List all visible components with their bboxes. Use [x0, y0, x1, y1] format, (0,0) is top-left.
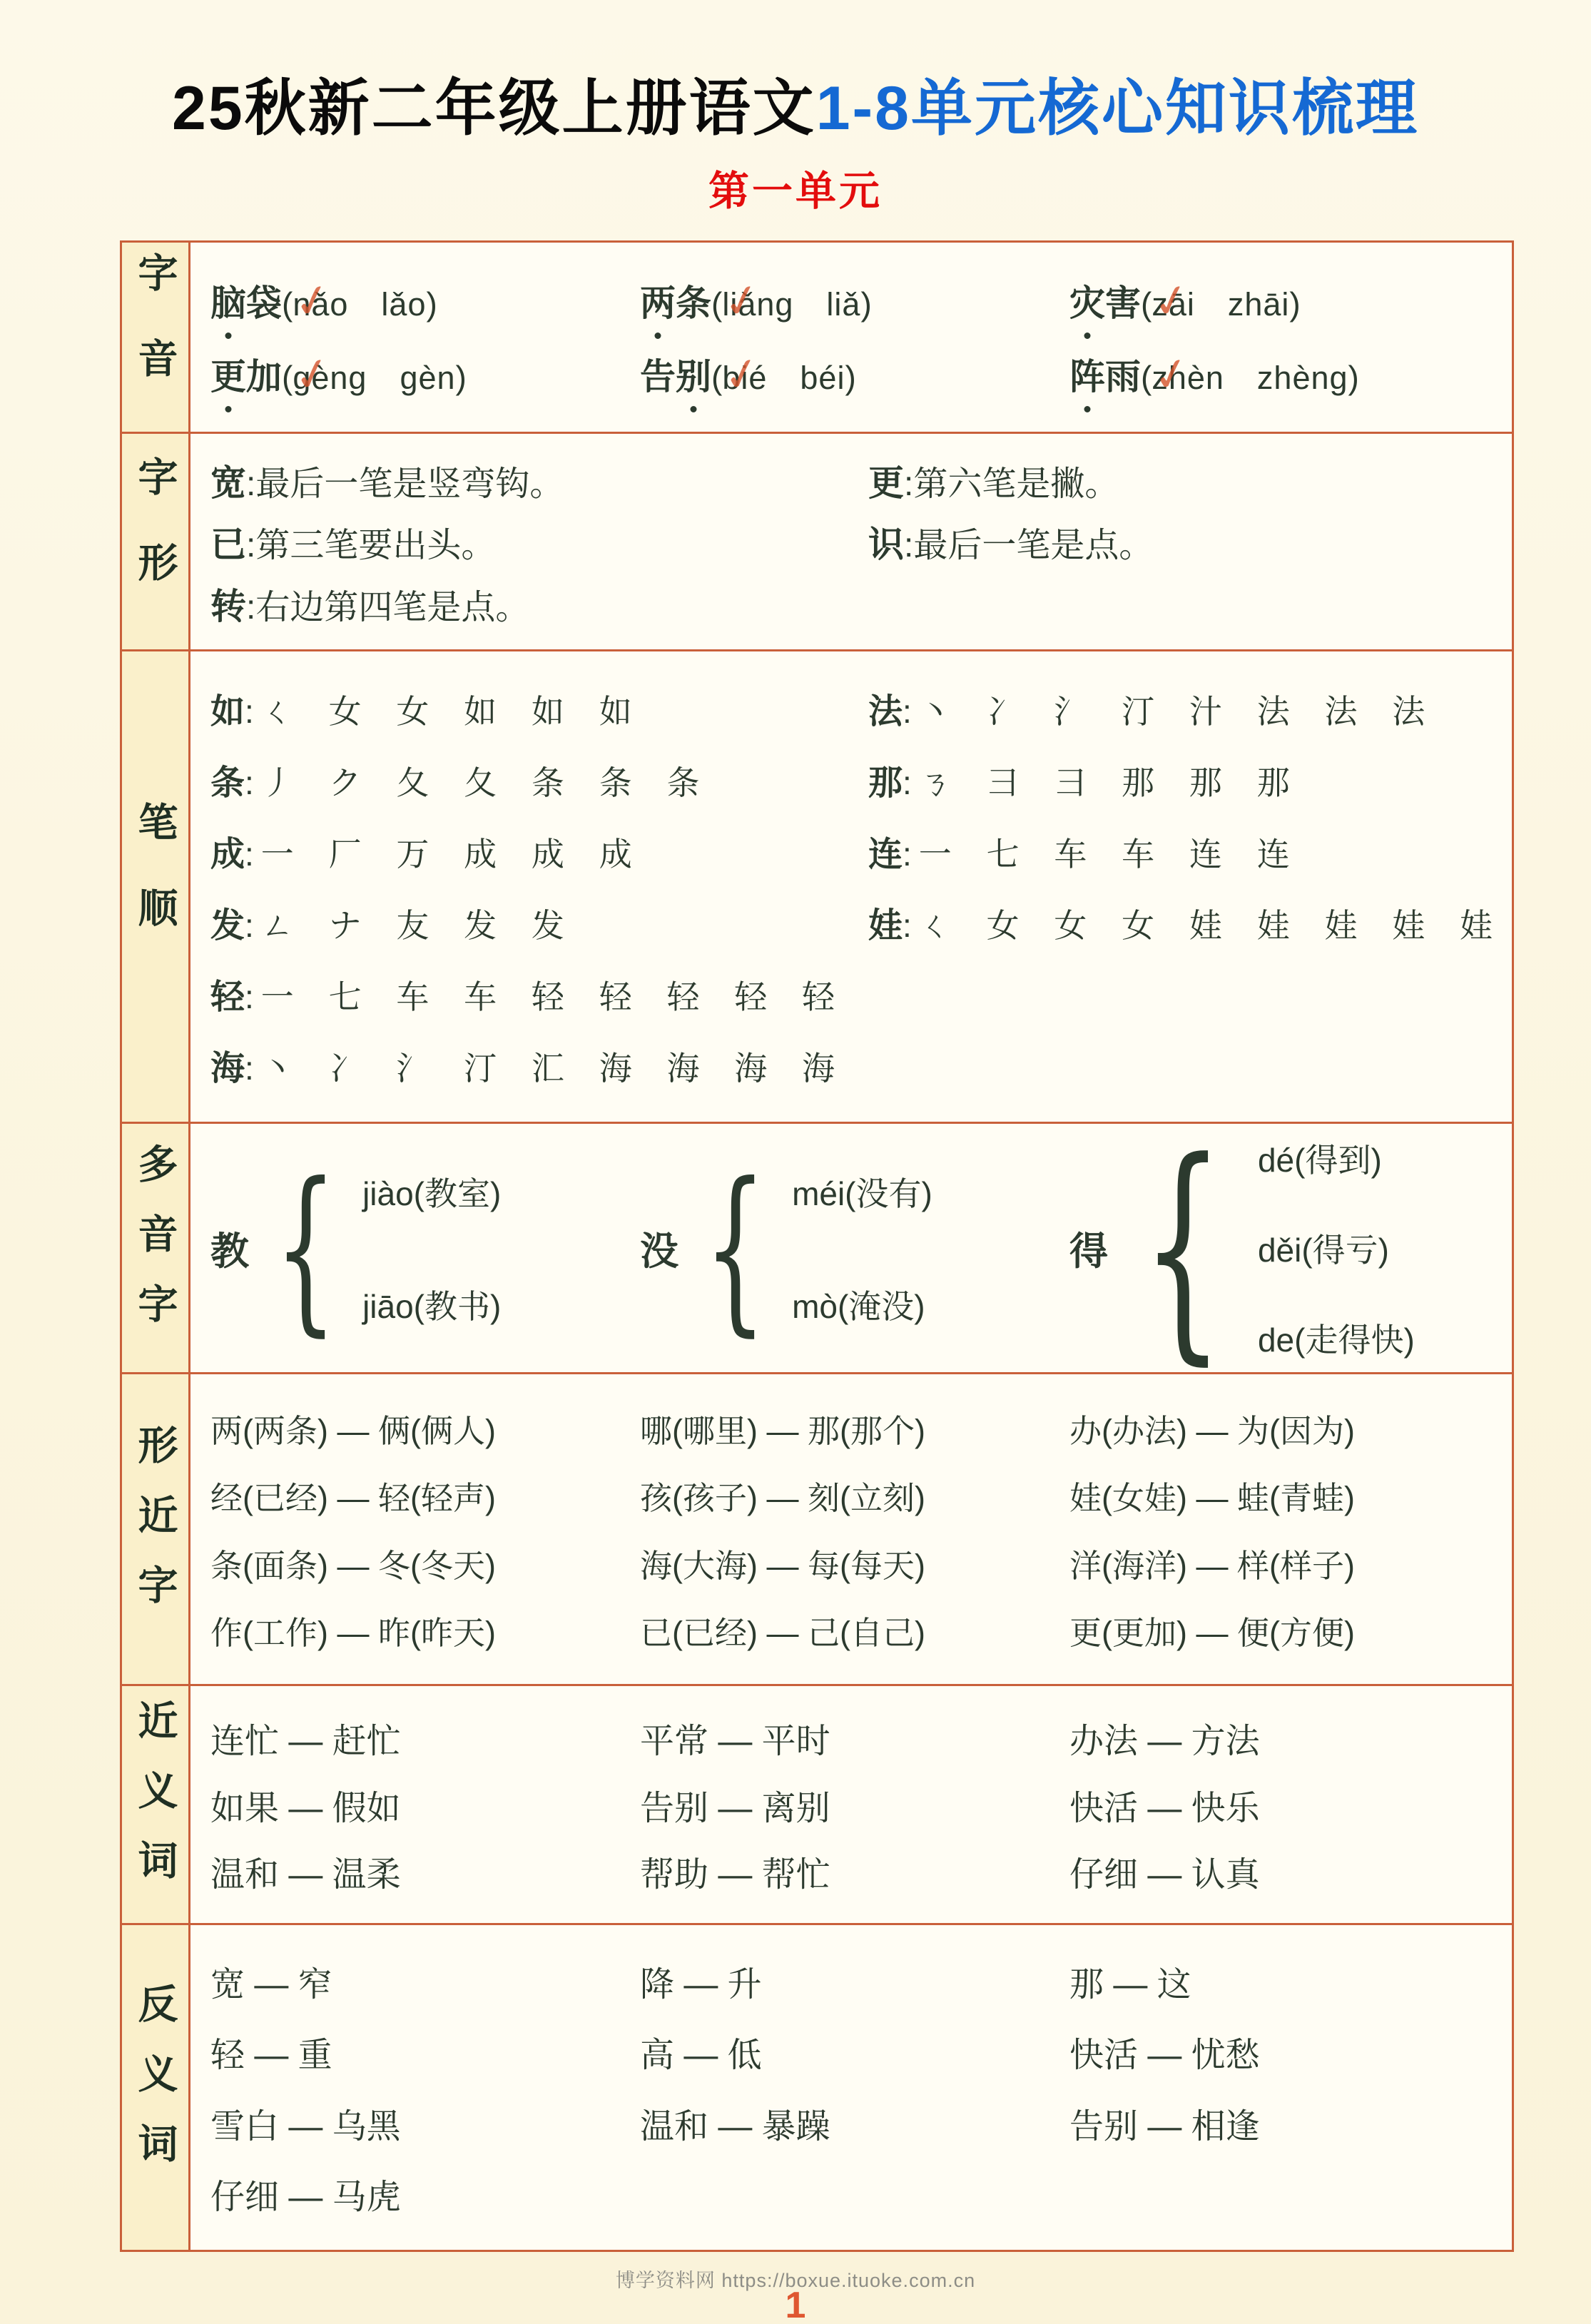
colon: :	[903, 907, 912, 944]
brace-icon: {	[1142, 1142, 1224, 1354]
pinyin-correct: bié	[722, 360, 767, 397]
word-post: 袋	[246, 283, 282, 323]
open-paren: (	[711, 359, 722, 396]
page-number: 1	[0, 2284, 1591, 2324]
character-pair: 已(已经) — 己(自己)	[640, 1607, 1069, 1653]
stroke-sequence: 一 七 车 车 连 连	[919, 836, 1290, 873]
open-paren: (	[1141, 285, 1152, 323]
character-pair: 娃(女娃) — 蛙(青蛙)	[1069, 1472, 1499, 1518]
brace-icon: {	[704, 1168, 766, 1329]
polyphonic-group: 教 { jiào(教室) jiāo(教书)	[210, 1168, 640, 1329]
stroke-order-item: 轻:一 七 车 车 轻 轻 轻 轻 轻	[210, 969, 868, 1018]
pinyin-wrong: zhāi	[1228, 286, 1290, 323]
colon: :	[245, 907, 254, 944]
synonym-pair: 连忙 — 赶忙	[210, 1713, 640, 1762]
reading: děi(得亏)	[1258, 1224, 1415, 1272]
stroke-char: 娃	[868, 907, 903, 945]
open-paren: (	[1141, 359, 1152, 396]
reading: méi(没有)	[792, 1168, 932, 1215]
stroke-order-item: 娃:ㄑ 女 女 女 娃 娃 娃 娃 娃	[868, 898, 1499, 947]
form-char: 宽	[210, 463, 246, 503]
polyphonic-group: 得 { dé(得到) děi(得亏) de(走得快)	[1069, 1135, 1499, 1361]
form-char: 识	[868, 524, 904, 564]
stroke-order-content: 如:ㄑ 女 女 如 如 如 法:丶 冫 氵 汀 汁 法 法 法 条:丿 ク 夂 …	[190, 651, 1512, 1122]
title-blue-segment: 1-8单元核心知识梳理	[816, 74, 1419, 143]
form-text: :最后一笔是点。	[904, 527, 1153, 564]
word-post: 害	[1105, 283, 1141, 323]
unit-subtitle: 第一单元	[0, 158, 1591, 217]
row-label-cell: 字形	[122, 434, 190, 649]
pinyin-correct: liǎng	[722, 286, 793, 323]
reading: jiāo(教书)	[362, 1281, 501, 1328]
synonym-pair: 平常 — 平时	[640, 1713, 1069, 1762]
open-paren: (	[282, 359, 293, 396]
row-synonyms: 近义词 连忙 — 赶忙 平常 — 平时 办法 — 方法 如果 — 假如 告别 —…	[122, 1686, 1512, 1925]
word-dotted-char: 灾	[1069, 275, 1105, 326]
pinyin-wrong: zhèng	[1257, 360, 1348, 396]
row-label-cell: 笔顺	[122, 651, 190, 1122]
antonym-pair: 轻 — 重	[210, 2027, 640, 2076]
stroke-order-item: 法:丶 冫 氵 汀 汁 法 法 法	[868, 684, 1499, 733]
antonym-pair: 仔细 — 马虎	[210, 2169, 640, 2218]
synonym-pair: 仔细 — 认真	[1069, 1847, 1499, 1896]
stroke-order-item: 连:一 七 车 车 连 连	[868, 826, 1499, 876]
word-pre: 告	[640, 357, 676, 397]
colon: :	[245, 836, 254, 873]
pronunciation-entry: 脑袋(nǎolǎo)	[210, 275, 640, 326]
close-paren: )	[845, 359, 855, 396]
row-label-cell: 形近字	[122, 1374, 190, 1684]
row-similar-characters: 形近字 两(两条) — 俩(俩人) 哪(哪里) — 那(那个) 办(办法) — …	[122, 1374, 1512, 1686]
stroke-sequence: 丶 冫 氵 汀 汇 海 海 海 海	[261, 1050, 835, 1087]
stroke-sequence: 一 七 车 车 轻 轻 轻 轻 轻	[261, 978, 835, 1015]
antonym-pair: 宽 — 窄	[210, 1957, 640, 2006]
synonyms-content: 连忙 — 赶忙 平常 — 平时 办法 — 方法 如果 — 假如 告别 — 离别 …	[190, 1686, 1512, 1923]
stroke-sequence: 丿 ク 夂 夂 条 条 条	[261, 764, 700, 801]
row-label: 字音	[127, 252, 184, 423]
form-note: 转:右边第四笔是点。	[210, 578, 868, 629]
page-title: 25秋新二年级上册语文1-8单元核心知识梳理	[0, 0, 1591, 147]
close-paren: )	[860, 285, 871, 323]
stroke-sequence: 一 厂 万 成 成 成	[261, 836, 632, 873]
character-pair: 哪(哪里) — 那(那个)	[640, 1405, 1069, 1451]
stroke-sequence: 丶 冫 氵 汀 汁 法 法 法	[919, 693, 1425, 730]
pinyin-wrong: béi	[800, 360, 845, 396]
form-note: 更:第六笔是撇。	[868, 455, 1499, 506]
colon: :	[245, 978, 254, 1015]
row-label-cell: 近义词	[122, 1686, 190, 1923]
pinyin-correct: gèng	[293, 360, 367, 397]
row-antonyms: 反义词 宽 — 窄 降 — 升 那 — 这 轻 — 重 高 — 低 快活 — 忧…	[122, 1925, 1512, 2250]
form-text: :最后一笔是竖弯钩。	[246, 465, 564, 503]
colon: :	[903, 693, 912, 730]
pinyin-correct: zhèn	[1152, 360, 1224, 397]
stroke-order-item: 条:丿 ク 夂 夂 条 条 条	[210, 755, 868, 804]
reading: mò(淹没)	[792, 1281, 932, 1328]
row-label: 字形	[127, 456, 184, 627]
reading: de(走得快)	[1258, 1314, 1415, 1361]
row-stroke-order: 笔顺 如:ㄑ 女 女 如 如 如 法:丶 冫 氵 汀 汁 法 法 法 条:丿 ク…	[122, 651, 1512, 1124]
pinyin-correct: zāi	[1152, 286, 1195, 323]
close-paren: )	[1348, 359, 1359, 396]
form-text: :第六笔是撇。	[904, 465, 1119, 503]
colon: :	[245, 1050, 254, 1087]
antonym-pair: 快活 — 忧愁	[1069, 2027, 1499, 2076]
form-note: 已:第三笔要出头。	[210, 516, 868, 567]
reading: jiào(教室)	[362, 1168, 501, 1215]
character-pair: 办(办法) — 为(因为)	[1069, 1405, 1499, 1451]
row-label: 形近字	[127, 1424, 184, 1634]
pronunciation-entry: 两条(liǎngliǎ)	[640, 275, 1069, 326]
character-form-content: 宽:最后一笔是竖弯钩。 更:第六笔是撇。 已:第三笔要出头。 识:最后一笔是点。…	[190, 434, 1512, 649]
antonym-pair: 温和 — 暴躁	[640, 2099, 1069, 2148]
antonyms-content: 宽 — 窄 降 — 升 那 — 这 轻 — 重 高 — 低 快活 — 忧愁 雪白…	[190, 1925, 1512, 2250]
row-label: 近义词	[127, 1700, 184, 1909]
stroke-order-item: 发:ㄥ ナ 友 发 发	[210, 898, 868, 947]
synonym-pair: 温和 — 温柔	[210, 1847, 640, 1896]
character-pair: 更(更加) — 便(方便)	[1069, 1607, 1499, 1653]
pinyin-correct: nǎo	[293, 286, 348, 323]
row-label: 笔顺	[127, 801, 184, 973]
word-post: 雨	[1105, 357, 1141, 397]
title-black-segment: 25秋新二年级上册语文	[172, 74, 816, 143]
stroke-char: 如	[210, 693, 245, 731]
close-paren: )	[1289, 285, 1300, 323]
row-character-form: 字形 宽:最后一笔是竖弯钩。 更:第六笔是撇。 已:第三笔要出头。 识:最后一笔…	[122, 434, 1512, 651]
stroke-char: 连	[868, 836, 903, 873]
form-text: :第三笔要出头。	[246, 527, 495, 564]
colon: :	[245, 764, 254, 801]
polyphonic-content: 教 { jiào(教室) jiāo(教书) 没 { méi(没有) mò(淹没)…	[190, 1124, 1512, 1372]
pronunciation-entry: 告别(biébéi)	[640, 348, 1069, 400]
pronunciation-entry: 更加(gènggèn)	[210, 348, 640, 400]
form-note: 识:最后一笔是点。	[868, 516, 1499, 567]
polyphonic-char: 得	[1069, 1221, 1108, 1276]
pinyin-wrong: liǎ	[826, 286, 860, 323]
antonym-pair: 那 — 这	[1069, 1957, 1499, 2006]
word-post: 加	[246, 357, 282, 397]
brace-icon: {	[275, 1168, 337, 1329]
stroke-order-item: 那:ㄋ 彐 彐 那 那 那	[868, 755, 1499, 804]
stroke-sequence: ㄑ 女 女 如 如 如	[261, 693, 632, 730]
stroke-char: 发	[210, 907, 245, 945]
form-char: 转	[210, 587, 246, 626]
character-pair: 条(面条) — 冬(冬天)	[210, 1540, 640, 1586]
stroke-char: 轻	[210, 978, 245, 1016]
stroke-char: 成	[210, 836, 245, 873]
character-pair: 经(已经) — 轻(轻声)	[210, 1472, 640, 1518]
synonym-pair: 办法 — 方法	[1069, 1713, 1499, 1762]
knowledge-table: 字音 脑袋(nǎolǎo) 两条(liǎngliǎ) 灾害(zāizhāi) 更…	[120, 240, 1514, 2252]
pronunciation-entry: 灾害(zāizhāi)	[1069, 275, 1499, 326]
stroke-sequence: ㄑ 女 女 女 娃 娃 娃 娃 娃	[919, 907, 1493, 944]
stroke-sequence: ㄋ 彐 彐 那 那 那	[919, 764, 1290, 801]
colon: :	[903, 764, 912, 801]
similar-characters-content: 两(两条) — 俩(俩人) 哪(哪里) — 那(那个) 办(办法) — 为(因为…	[190, 1374, 1512, 1684]
row-label: 反义词	[127, 1983, 184, 2193]
stroke-char: 法	[868, 693, 903, 731]
word-dotted-char: 阵	[1069, 348, 1105, 400]
row-polyphonic: 多音字 教 { jiào(教室) jiāo(教书) 没 { méi(没有) mò…	[122, 1124, 1512, 1374]
form-note: 宽:最后一笔是竖弯钩。	[210, 455, 868, 506]
word-post: 条	[676, 283, 711, 323]
row-label-cell: 字音	[122, 243, 190, 432]
row-label-cell: 反义词	[122, 1925, 190, 2250]
synonym-pair: 告别 — 离别	[640, 1780, 1069, 1830]
form-char: 已	[210, 524, 246, 564]
row-label-cell: 多音字	[122, 1124, 190, 1372]
polyphonic-char: 教	[210, 1221, 249, 1276]
polyphonic-group: 没 { méi(没有) mò(淹没)	[640, 1168, 1069, 1329]
word-dotted-char: 两	[640, 275, 676, 326]
word-dotted-char: 脑	[210, 275, 246, 326]
pronunciation-content: 脑袋(nǎolǎo) 两条(liǎngliǎ) 灾害(zāizhāi) 更加(g…	[190, 243, 1512, 432]
stroke-order-item: 如:ㄑ 女 女 如 如 如	[210, 684, 868, 733]
pronunciation-entry: 阵雨(zhènzhèng)	[1069, 348, 1499, 400]
synonym-pair: 如果 — 假如	[210, 1780, 640, 1830]
close-paren: )	[456, 359, 467, 396]
antonym-pair: 降 — 升	[640, 1957, 1069, 2006]
open-paren: (	[711, 285, 722, 323]
form-char: 更	[868, 463, 904, 503]
stroke-char: 条	[210, 764, 245, 802]
stroke-order-item: 海:丶 冫 氵 汀 汇 海 海 海 海	[210, 1040, 868, 1090]
close-paren: )	[426, 285, 437, 323]
character-pair: 海(大海) — 每(每天)	[640, 1540, 1069, 1586]
pinyin-wrong: lǎo	[381, 286, 426, 323]
antonym-pair: 高 — 低	[640, 2027, 1069, 2076]
character-pair: 两(两条) — 俩(俩人)	[210, 1405, 640, 1451]
word-dotted-char: 别	[676, 348, 711, 400]
stroke-char: 那	[868, 764, 903, 802]
row-pronunciation: 字音 脑袋(nǎolǎo) 两条(liǎngliǎ) 灾害(zāizhāi) 更…	[122, 243, 1512, 434]
reading: dé(得到)	[1258, 1135, 1415, 1182]
synonym-pair: 帮助 — 帮忙	[640, 1847, 1069, 1896]
character-pair: 洋(海洋) — 样(样子)	[1069, 1540, 1499, 1586]
form-text: :右边第四笔是点。	[246, 589, 529, 626]
pinyin-wrong: gèn	[400, 360, 455, 396]
synonym-pair: 快活 — 快乐	[1069, 1780, 1499, 1830]
antonym-pair: 雪白 — 乌黑	[210, 2099, 640, 2148]
colon: :	[245, 693, 254, 730]
polyphonic-char: 没	[640, 1221, 678, 1276]
stroke-order-item: 成:一 厂 万 成 成 成	[210, 826, 868, 876]
word-dotted-char: 更	[210, 348, 246, 400]
open-paren: (	[282, 285, 293, 323]
character-pair: 孩(孩子) — 刻(立刻)	[640, 1472, 1069, 1518]
stroke-char: 海	[210, 1050, 245, 1087]
antonym-pair: 告别 — 相逢	[1069, 2099, 1499, 2148]
colon: :	[903, 836, 912, 873]
row-label: 多音字	[127, 1143, 184, 1353]
character-pair: 作(工作) — 昨(昨天)	[210, 1607, 640, 1653]
stroke-sequence: ㄥ ナ 友 发 发	[261, 907, 564, 944]
